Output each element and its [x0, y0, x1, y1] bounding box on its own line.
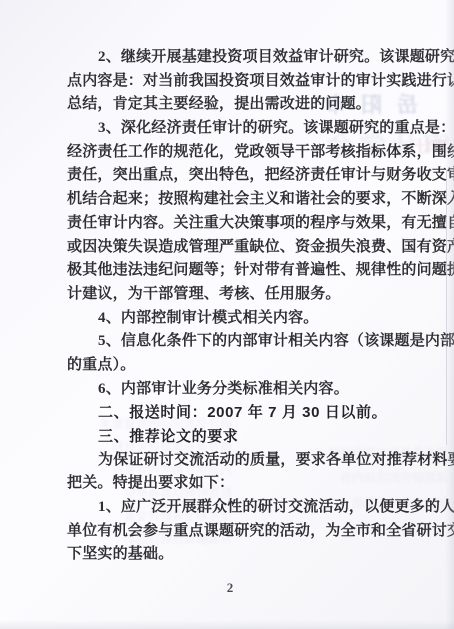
- text-line: 为保证研讨交流活动的质量，要求各单位对推荐材料要严格: [67, 449, 383, 473]
- section-heading-submission-deadline: 二、报送时间：2007 年 7 月 30 日以前。: [67, 401, 383, 425]
- scan-edge-shadow-right: [445, 0, 454, 629]
- text-line: 总结，肯定其主要经验，提出需改进的问题。: [67, 93, 383, 117]
- text-line: 下坚实的基础。: [67, 543, 383, 567]
- scanned-document-page: 岳阳市 审计学会 审计 研讨交流活动的质量要求 推荐重点课题研究材料 内部审计相…: [0, 0, 454, 629]
- text-line: 点内容是：对当前我国投资项目效益审计的审计实践进行认真的: [67, 70, 383, 94]
- text-line: 计建议，为干部管理、考核、任用服务。: [67, 283, 383, 307]
- text-line: 把关。特提出要求如下：: [67, 472, 383, 496]
- page-number: 2: [0, 580, 454, 596]
- text-line: 经济责任工作的规范化，党政领导干部考核指标体系，围绕经济: [67, 141, 383, 165]
- text-line: 单位有机会参与重点课题研究的活动，为全市和全省研讨交流打: [67, 520, 383, 544]
- text-line: 机结合起来；按照构建社会主义和谐社会的要求，不断深入经济: [67, 188, 383, 212]
- text-line: 极其他违法违纪问题等；针对带有普遍性、规律性的问题提出审: [67, 259, 383, 283]
- text-line: 5、信息化条件下的内部审计相关内容（该课题是内部审计: [67, 330, 383, 354]
- document-body: 2、继续开展基建投资项目效益审计研究。该课题研究的重 点内容是：对当前我国投资项…: [67, 46, 383, 567]
- text-line: 的重点）。: [67, 354, 383, 378]
- text-line: 或因决策失误造成管理严重缺位、资金损失浪费、国有资产流失: [67, 236, 383, 260]
- text-line: 2、继续开展基建投资项目效益审计研究。该课题研究的重: [67, 46, 383, 70]
- scan-edge-shadow-bottom: [0, 620, 454, 629]
- text-line: 责任，突出重点，突出特色，把经济责任审计与财务收支审计有: [67, 164, 383, 188]
- text-line: 1、应广泛开展群众性的研讨交流活动，以便更多的人员、: [67, 496, 383, 520]
- text-line: 责任审计内容。关注重大决策事项的程序与效果，有无擅自决策: [67, 212, 383, 236]
- section-heading-paper-requirements: 三、推荐论文的要求: [67, 425, 383, 449]
- text-line: 3、深化经济责任审计的研究。该课题研究的重点是：推动: [67, 117, 383, 141]
- text-line: 4、内部控制审计模式相关内容。: [67, 307, 383, 331]
- text-line: 6、内部审计业务分类标准相关内容。: [67, 378, 383, 402]
